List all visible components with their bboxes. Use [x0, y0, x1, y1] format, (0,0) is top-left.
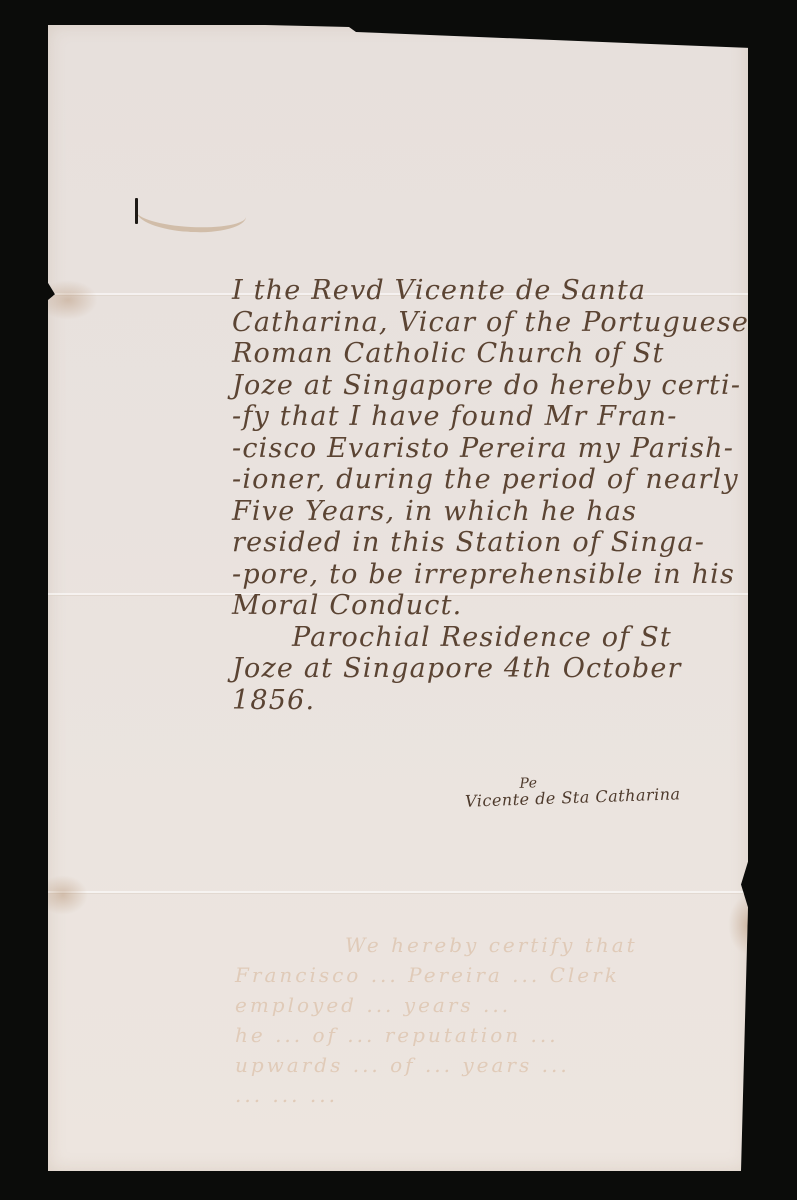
faded-line: Francisco ... Pereira ... Clerk	[235, 960, 735, 990]
fold-line	[48, 891, 748, 894]
text-line: Catharina, Vicar of the Portuguese	[232, 307, 772, 339]
closing-line: Parochial Residence of St	[232, 622, 772, 654]
closing-line: Joze at Singapore 4th October	[232, 653, 772, 685]
faded-line: he ... of ... reputation ...	[235, 1020, 735, 1050]
faded-line: upwards ... of ... years ...	[235, 1050, 735, 1080]
date-year: 1856.	[232, 685, 772, 717]
faded-line: We hereby certify that	[235, 930, 735, 960]
text-line: Joze at Singapore do hereby certi-	[232, 370, 772, 402]
text-line: I the Revd Vicente de Santa	[232, 275, 772, 307]
text-line: -cisco Evaristo Pereira my Parish-	[232, 433, 772, 465]
text-line: -ioner, during the period of nearly	[232, 464, 772, 496]
text-line: -pore, to be irreprehensible in his	[232, 559, 772, 591]
text-line: Moral Conduct.	[232, 590, 772, 622]
faded-line: employed ... years ...	[235, 990, 735, 1020]
certificate-text: I the Revd Vicente de Santa Catharina, V…	[232, 275, 772, 716]
stain	[38, 875, 88, 915]
text-line: Five Years, in which he has	[232, 496, 772, 528]
text-line: Roman Catholic Church of St	[232, 338, 772, 370]
faded-line: ... ... ...	[235, 1080, 735, 1110]
stain	[38, 280, 98, 320]
text-line: -fy that I have found Mr Fran-	[232, 401, 772, 433]
ink-mark	[135, 198, 138, 224]
faded-bleedthrough-text: We hereby certify that Francisco ... Per…	[235, 930, 735, 1110]
signature-prefix: Pe	[519, 775, 538, 792]
text-line: resided in this Station of Singa-	[232, 527, 772, 559]
